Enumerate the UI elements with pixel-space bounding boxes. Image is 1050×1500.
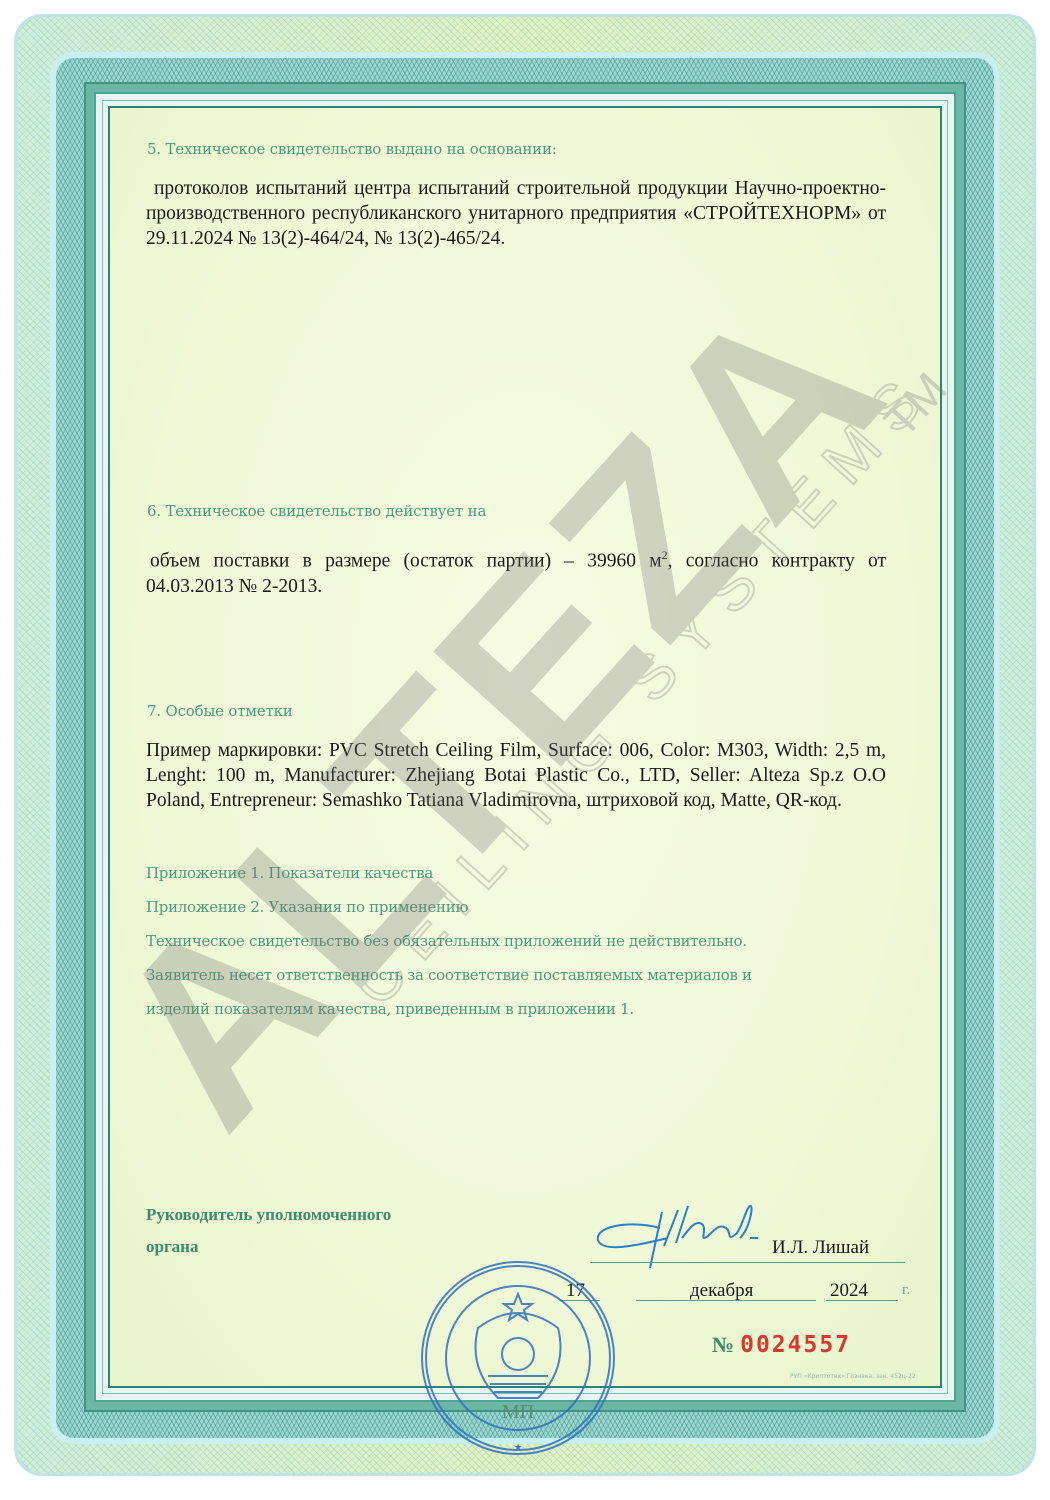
serial-value: 0024557 xyxy=(740,1332,851,1358)
date-year-line xyxy=(826,1300,898,1301)
date-month-line xyxy=(636,1300,816,1301)
serial-prefix: № xyxy=(712,1332,734,1357)
section-5-paragraph: протоколов испытаний центра испытаний ст… xyxy=(146,176,886,251)
section-6-text-main: объем поставки в размере (остаток партии… xyxy=(150,551,662,572)
section-7-text: Пример маркировки: PVC Stretch Ceiling F… xyxy=(146,738,886,813)
section-6-text: объем поставки в размере (остаток партии… xyxy=(146,543,886,599)
date-year: 2024 xyxy=(830,1280,868,1302)
official-stamp: МП ★ xyxy=(418,1258,618,1458)
signer-name: И.Л. Лишай xyxy=(772,1237,869,1259)
note-responsibility-2: изделий показателям качества, приведенны… xyxy=(146,1000,634,1018)
signature-line xyxy=(590,1262,905,1263)
stamp-mp-label: МП xyxy=(502,1401,534,1423)
note-appendix-1: Приложение 1. Показатели качества xyxy=(146,864,433,882)
printer-mark: РУП «Криптотех» Гознака, зак. 452ц-22 xyxy=(790,1373,916,1380)
serial-number: №0024557 xyxy=(712,1332,851,1358)
date-month: декабря xyxy=(690,1280,753,1302)
marking-example: Пример маркировки: PVC Stretch Ceiling F… xyxy=(146,738,886,813)
section-7-heading: 7. Особые отметки xyxy=(147,702,293,720)
section-5-text: протоколов испытаний центра испытаний ст… xyxy=(146,176,886,251)
signatory-title-line2: органа xyxy=(146,1237,198,1257)
note-validity: Техническое свидетельство без обязательн… xyxy=(146,932,747,950)
note-appendix-2: Приложение 2. Указания по применению xyxy=(146,898,468,916)
note-responsibility-1: Заявитель несет ответственность за соотв… xyxy=(146,966,752,984)
section-6-heading: 6. Техническое свидетельство действует н… xyxy=(147,502,486,520)
svg-text:★: ★ xyxy=(514,1443,522,1453)
date-suffix: г. xyxy=(902,1282,910,1299)
section-5-heading: 5. Техническое свидетельство выдано на о… xyxy=(147,140,557,158)
signatory-title-line1: Руководитель уполномоченного xyxy=(146,1205,391,1225)
